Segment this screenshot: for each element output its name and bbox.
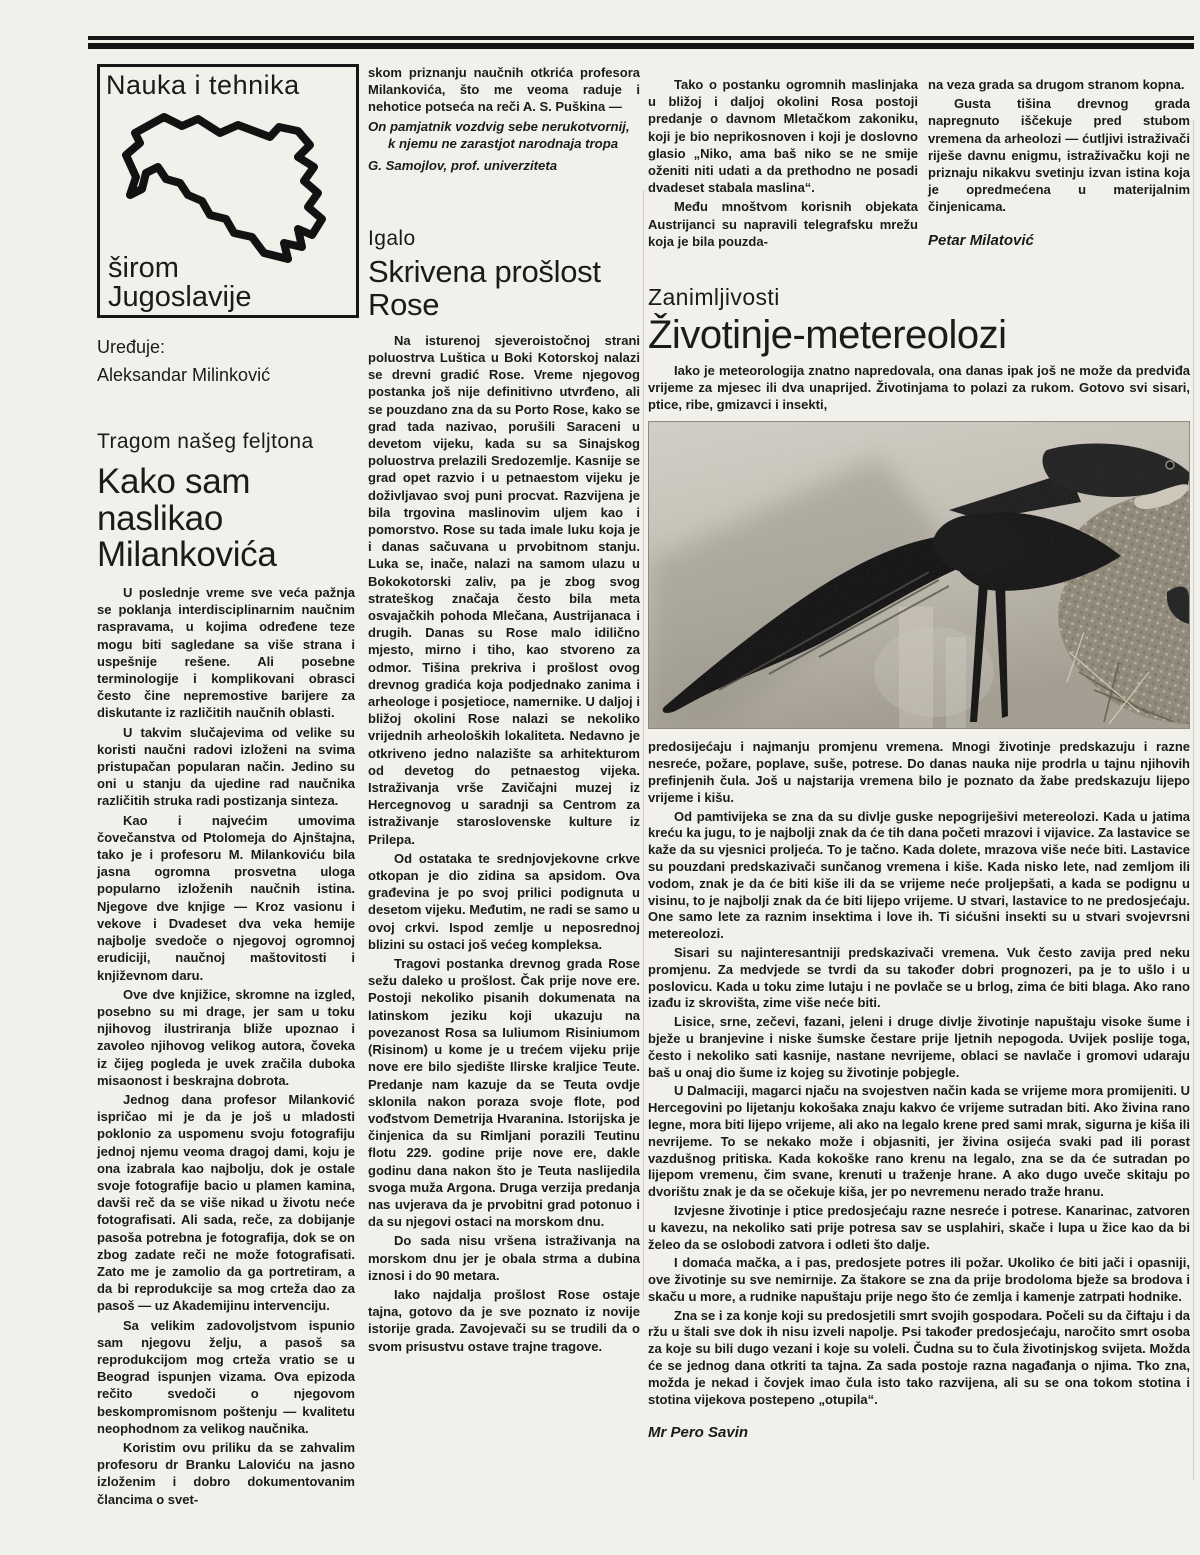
editor-name: Aleksandar Milinković <box>97 362 355 390</box>
paragraph: Lisice, srne, zečevi, fazani, jeleni i d… <box>648 1014 1190 1081</box>
paragraph: Do sada nisu vršena istraživanja na mors… <box>368 1232 640 1284</box>
section-subtitle: širom Jugoslavije <box>108 254 251 311</box>
yugoslavia-map-icon <box>102 97 342 265</box>
article-animals-intro: Iako je meteorologija znatno napredovala… <box>648 363 1190 413</box>
swallows-nest-photo <box>648 421 1190 729</box>
column-3: Tako o postanku ogromnih maslinjaka u bl… <box>648 64 918 279</box>
article-animals: Zanimljivosti Životinje-metereolozi Iako… <box>648 284 1190 1441</box>
section-masthead-box: Nauka i tehnika širom Jugoslavije <box>97 64 359 318</box>
paragraph: na veza grada sa drugom stranom kopna. <box>928 76 1190 93</box>
paragraph: Tako o postanku ogromnih maslinjaka u bl… <box>648 76 918 196</box>
kicker-igalo: Igalo <box>368 227 640 251</box>
article-rose-col2: Na isturenoj sjeveroistočnoj strani polu… <box>368 332 640 1355</box>
paragraph: Jednog dana profesor Milanković ispričao… <box>97 1091 355 1315</box>
paragraph: Sa velikim zadovoljstvom ispunio sam nje… <box>97 1317 355 1437</box>
paragraph: Sisari su najinteresantniji predskazivač… <box>648 945 1190 1012</box>
headline-milankovic: Kako sam naslikao Milankovića <box>97 464 355 574</box>
paragraph: Izvjesne životinje i ptice predosjećaju … <box>648 1203 1190 1253</box>
paragraph: Gusta tišina drevnog grada napregnuto iš… <box>928 95 1190 215</box>
article-rose-col3: Tako o postanku ogromnih maslinjaka u bl… <box>648 76 918 250</box>
kicker-feljton: Tragom našeg feljtona <box>97 430 355 454</box>
paragraph: Na isturenoj sjeveroistočnoj strani polu… <box>368 332 640 848</box>
paragraph: Iako najdalja prošlost Rose ostaje tajna… <box>368 1286 640 1355</box>
paragraph: Zna se i za konje koji su predosjetili s… <box>648 1308 1190 1409</box>
paragraph: Među mnoštvom korisnih objekata Austrija… <box>648 198 918 250</box>
paragraph: skom priznanju naučnih otkrića profesora… <box>368 64 640 116</box>
column-4: na veza grada sa drugom stranom kopna. G… <box>928 64 1190 304</box>
paragraph: predosijećaju i najmanju promjenu vremen… <box>648 739 1190 806</box>
editor-credit: Uređuje: Aleksandar Milinković <box>97 334 355 390</box>
column-divider-line <box>643 190 644 1300</box>
paragraph: Koristim ovu priliku da se zahvalim prof… <box>97 1439 355 1508</box>
pushkin-verse: On pamjatnik vozdvig sebe nerukotvornij,… <box>368 118 640 175</box>
headline-animals: Životinje-metereolozi <box>648 315 1190 355</box>
paragraph: Tragovi postanka drevnog grada Rose sežu… <box>368 955 640 1230</box>
top-double-rule <box>88 36 1194 49</box>
page-edge-line <box>1193 120 1194 1480</box>
paragraph: U Dalmaciji, magarci njaču na svojestven… <box>648 1083 1190 1201</box>
paragraph: Iako je meteorologija znatno napredovala… <box>648 363 1190 413</box>
newspaper-page: Nauka i tehnika širom Jugoslavije Uređuj… <box>0 0 1200 1555</box>
section-title: Nauka i tehnika <box>106 71 350 99</box>
kicker-zanimljivosti: Zanimljivosti <box>648 284 1190 311</box>
article-milankovic-runover: skom priznanju naučnih otkrića profesora… <box>368 64 640 116</box>
article-animals-body: predosijećaju i najmanju promjenu vremen… <box>648 739 1190 1408</box>
column-1: Nauka i tehnika širom Jugoslavije Uređuj… <box>97 64 355 1549</box>
paragraph: Kao i najvećim umovima čovečanstva od Pt… <box>97 812 355 984</box>
paragraph: Od pamtivijeka se zna da su divlje guske… <box>648 809 1190 943</box>
byline-milatovic: Petar Milatović <box>928 232 1190 249</box>
swallows-photo-illustration <box>649 422 1189 728</box>
editor-label: Uređuje: <box>97 334 355 362</box>
byline-savin: Mr Pero Savin <box>648 1424 1190 1441</box>
article-milankovic-col1: U poslednje vreme sve veća pažnja se pok… <box>97 584 355 1508</box>
paragraph: Ove dve knjižice, skromne na izgled, pos… <box>97 986 355 1089</box>
paragraph: Od ostataka te srednjovjekovne crkve otk… <box>368 850 640 953</box>
paragraph: U poslednje vreme sve veća pažnja se pok… <box>97 584 355 722</box>
headline-rose: Skrivena prošlost Rose <box>368 255 640 322</box>
paragraph: I domaća mačka, a i pas, predosjete potr… <box>648 1255 1190 1305</box>
paragraph: U takvim slučajevima od velike su korist… <box>97 724 355 810</box>
article-rose-col4: na veza grada sa drugom stranom kopna. G… <box>928 76 1190 216</box>
column-2: skom priznanju naučnih otkrića profesora… <box>368 64 640 1549</box>
